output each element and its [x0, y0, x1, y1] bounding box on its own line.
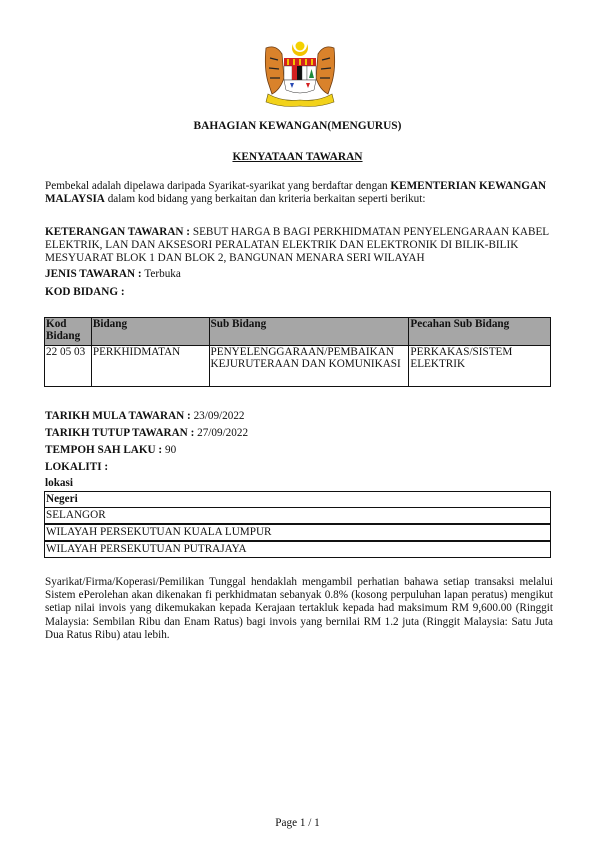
lokasi-cell: SELANGOR: [45, 508, 551, 525]
cell-pecahan: PERKAKAS/SISTEM ELEKTRIK: [409, 346, 551, 387]
lokasi-cell: WILAYAH PERSEKUTUAN KUALA LUMPUR: [45, 524, 551, 541]
cell-kod: 22 05 03: [45, 346, 92, 387]
page-title: KENYATAAN TAWARAN: [0, 151, 595, 163]
lokasi-header-row: Negeri: [45, 492, 551, 508]
header-pecahan-sub-bidang: Pecahan Sub Bidang: [409, 318, 551, 346]
tarikh-tutup-value: 27/09/2022: [197, 427, 248, 439]
keterangan-label: KETERANGAN TAWARAN :: [45, 226, 193, 238]
jenis-value: Terbuka: [144, 268, 181, 280]
intro-paragraph: Pembekal adalah dipelawa daripada Syarik…: [45, 180, 555, 206]
tarikh-mula-value: 23/09/2022: [194, 410, 245, 422]
intro-text-before: Pembekal adalah dipelawa daripada Syarik…: [45, 180, 390, 192]
table-row: SELANGOR: [45, 508, 551, 525]
kod-bidang-heading: KOD BIDANG :: [45, 286, 125, 299]
kod-bidang-table: Kod Bidang Bidang Sub Bidang Pecahan Sub…: [44, 317, 551, 387]
header-bidang: Bidang: [91, 318, 209, 346]
table-row: WILAYAH PERSEKUTUAN KUALA LUMPUR: [45, 524, 551, 541]
tarikh-mula-label: TARIKH MULA TAWARAN :: [45, 410, 194, 422]
tarikh-tutup-label: TARIKH TUTUP TAWARAN :: [45, 427, 197, 439]
kod-bidang-label: KOD BIDANG :: [45, 286, 125, 298]
eperolehan-fee-notice: Syarikat/Firma/Koperasi/Pemilikan Tungga…: [45, 576, 553, 642]
lokasi-heading: lokasi: [45, 477, 73, 490]
lokaliti-label: LOKALITI :: [45, 461, 108, 473]
jenis-tawaran: JENIS TAWARAN : Terbuka: [45, 268, 181, 281]
jenis-label: JENIS TAWARAN :: [45, 268, 144, 280]
coat-of-arms-icon: [262, 38, 338, 110]
intro-text-after: dalam kod bidang yang berkaitan dan krit…: [105, 193, 426, 205]
lokaliti-heading: LOKALITI :: [45, 461, 108, 474]
lokasi-label: lokasi: [45, 477, 73, 489]
department-title: BAHAGIAN KEWANGAN(MENGURUS): [0, 120, 595, 132]
table-header-row: Kod Bidang Bidang Sub Bidang Pecahan Sub…: [45, 318, 551, 346]
page-number: Page 1 / 1: [0, 817, 595, 829]
cell-sub-bidang: PENYELENGGARAAN/PEMBAIKAN KEJURUTERAAN D…: [209, 346, 409, 387]
lokasi-table: Negeri SELANGOR WILAYAH PERSEKUTUAN KUAL…: [44, 491, 551, 558]
header-negeri: Negeri: [45, 492, 551, 508]
header-sub-bidang: Sub Bidang: [209, 318, 409, 346]
header-kod-bidang: Kod Bidang: [45, 318, 92, 346]
negeri-label: Negeri: [46, 493, 78, 505]
tarikh-tutup: TARIKH TUTUP TAWARAN : 27/09/2022: [45, 427, 248, 440]
lokasi-cell: WILAYAH PERSEKUTUAN PUTRAJAYA: [45, 541, 551, 558]
cell-bidang: PERKHIDMATAN: [91, 346, 209, 387]
tempoh-sah-laku: TEMPOH SAH LAKU : 90: [45, 444, 176, 457]
tempoh-value: 90: [165, 444, 176, 456]
tarikh-mula: TARIKH MULA TAWARAN : 23/09/2022: [45, 410, 245, 423]
keterangan-tawaran: KETERANGAN TAWARAN : SEBUT HARGA B BAGI …: [45, 226, 560, 265]
table-row: 22 05 03 PERKHIDMATAN PENYELENGGARAAN/PE…: [45, 346, 551, 387]
table-row: WILAYAH PERSEKUTUAN PUTRAJAYA: [45, 541, 551, 558]
tempoh-label: TEMPOH SAH LAKU :: [45, 444, 165, 456]
